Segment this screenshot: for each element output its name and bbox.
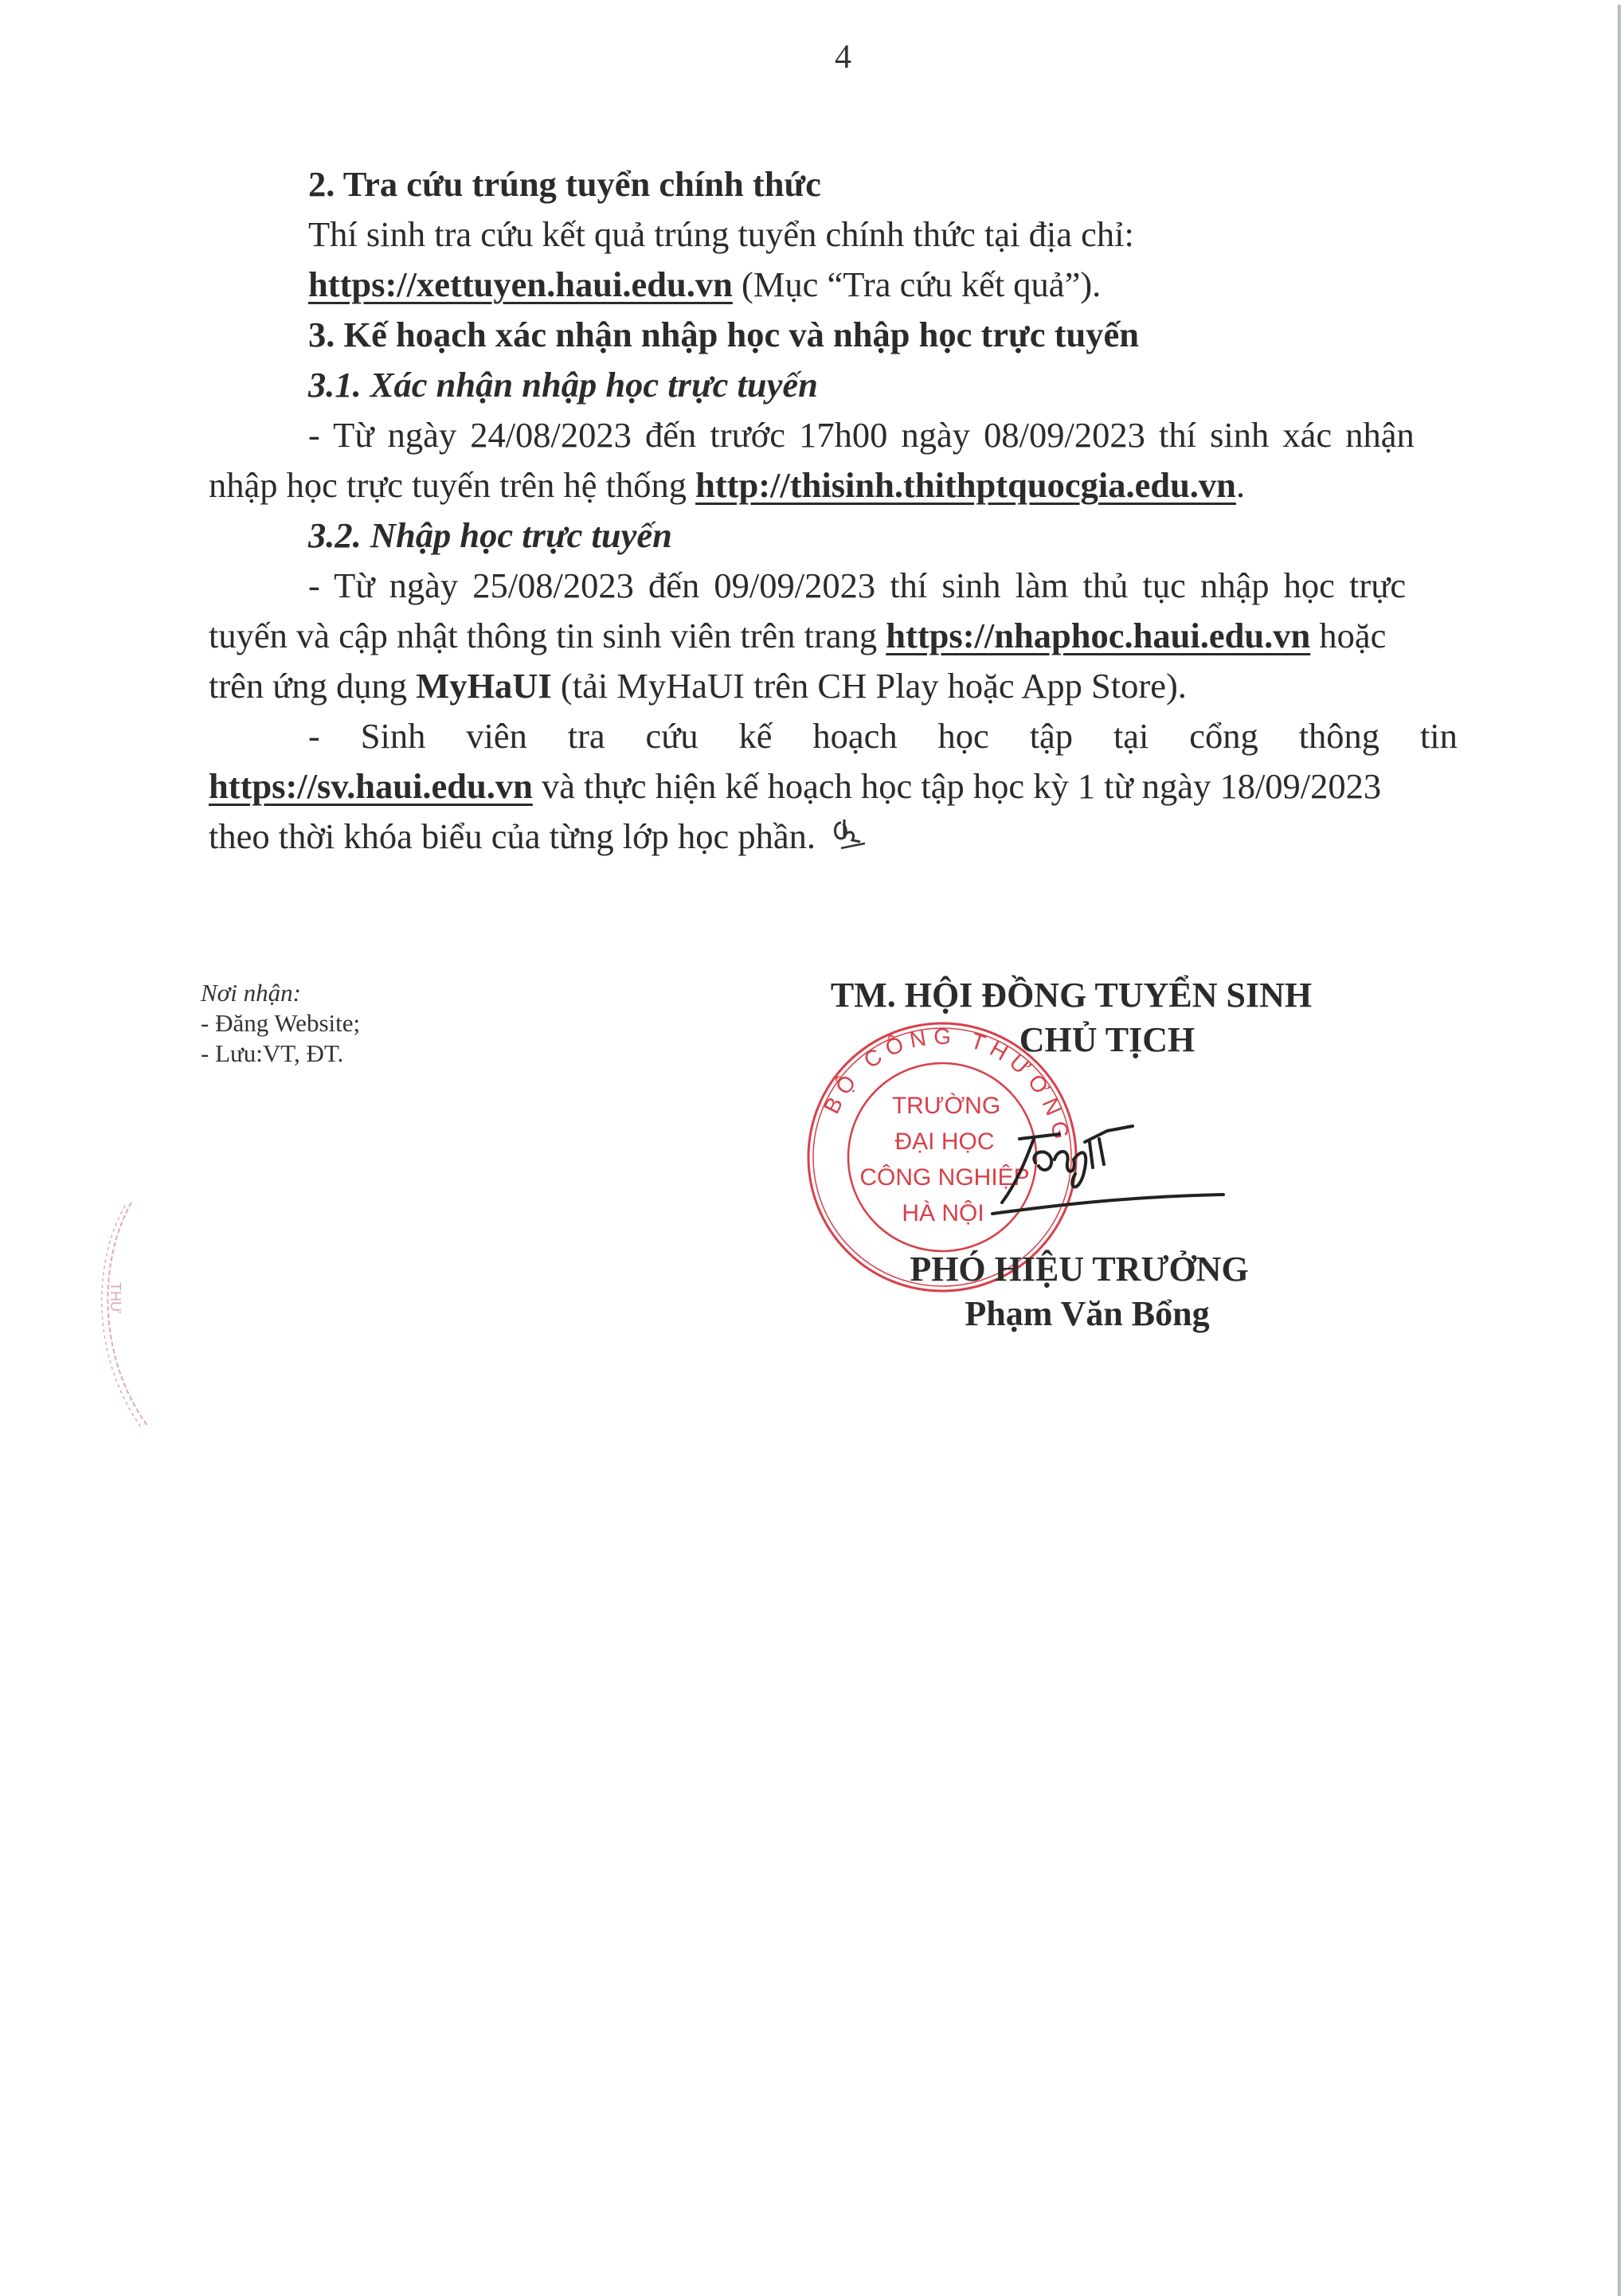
section-2-heading: 2. Tra cứu trúng tuyển chính thức (209, 159, 1458, 209)
section-3-2-p2-line-1: -Sinhviêntracứukếhoạchhọctậptạicổngthông… (209, 711, 1458, 761)
word: kế (739, 711, 773, 761)
word: - (308, 711, 320, 761)
section-3-2-p1-line-2: tuyến và cập nhật thông tin sinh viên tr… (209, 611, 1458, 661)
section-3-1-heading: 3.1. Xác nhận nhập học trực tuyến (209, 360, 1458, 410)
section-2-link-line: https://xettuyen.haui.edu.vn (Mục “Tra c… (209, 260, 1458, 310)
word: cổng (1189, 711, 1258, 761)
section-3-1-line-1: - Từ ngày 24/08/2023 đến trước 17h00 ngà… (209, 410, 1458, 460)
section-3-2-p1-text-3b: (tải MyHaUI trên CH Play hoặc App Store)… (552, 666, 1187, 706)
section-3-2-p2-line-2: https://sv.haui.edu.vn và thực hiện kế h… (209, 761, 1458, 812)
word: tại (1113, 711, 1149, 761)
section-3-2-p1-text-3: trên ứng dụng (209, 666, 416, 706)
signatory-name: Phạm Văn Bổng (761, 1292, 1366, 1336)
signature-chair: CHỦ TỊCH (761, 1018, 1366, 1062)
svg-text:THƯ: THƯ (108, 1282, 123, 1313)
section-2-link-note: (Mục “Tra cứu kết quả”). (733, 264, 1101, 304)
word: hoạch (812, 711, 897, 761)
section-3-2-p2-text-2: và thực hiện kế hoạch học tập học kỳ 1 t… (533, 766, 1381, 806)
word: học (938, 711, 989, 761)
thisinh-link[interactable]: http://thisinh.thithptquocgia.edu.vn (695, 465, 1236, 505)
section-3-2-p1-line-1: - Từ ngày 25/08/2023 đến 09/09/2023 thí … (209, 561, 1458, 611)
recipients-title: Nơi nhận: (201, 978, 360, 1008)
section-3-1-text-1: - Từ ngày 24/08/2023 đến trước 17h00 ngà… (308, 410, 1415, 460)
section-3-2-p1-text-2: tuyến và cập nhật thông tin sinh viên tr… (209, 616, 886, 655)
section-3-2-p1-text-2b: hoặc (1310, 616, 1386, 655)
scan-edge-line (1618, 5, 1621, 2296)
section-3-1-line-2: nhập học trực tuyến trên hệ thống http:/… (209, 460, 1458, 510)
recipient-item: - Đăng Website; (201, 1008, 360, 1038)
word: viên (466, 711, 527, 761)
period: . (1236, 465, 1245, 505)
section-3-2-p2-line-3: theo thời khóa biểu của từng lớp học phầ… (209, 812, 1458, 862)
word: tra (568, 711, 605, 761)
word: tập (1030, 711, 1073, 761)
myhaui-app-name: MyHaUI (416, 666, 552, 706)
nhaphoc-link[interactable]: https://nhaphoc.haui.edu.vn (886, 616, 1310, 655)
margin-stamp-fragment-icon: THƯ (76, 1195, 163, 1434)
initials-mark-icon (830, 815, 870, 851)
recipient-item: - Lưu:VT, ĐT. (201, 1038, 360, 1069)
word: tin (1420, 711, 1458, 761)
signature-council: TM. HỘI ĐỒNG TUYỂN SINH (761, 973, 1366, 1018)
word: thông (1299, 711, 1379, 761)
recipients-block: Nơi nhận: - Đăng Website; - Lưu:VT, ĐT. (201, 978, 360, 1069)
section-3-2-heading: 3.2. Nhập học trực tuyến (209, 510, 1458, 561)
section-3-2-p1-line-3: trên ứng dụng MyHaUI (tải MyHaUI trên CH… (209, 661, 1458, 711)
sv-portal-link[interactable]: https://sv.haui.edu.vn (209, 766, 533, 806)
section-3-1-text-2: nhập học trực tuyến trên hệ thống (209, 465, 695, 505)
xettuyen-link[interactable]: https://xettuyen.haui.edu.vn (308, 264, 733, 304)
section-3-heading: 3. Kế hoạch xác nhận nhập học và nhập họ… (209, 310, 1458, 360)
word: cứu (646, 711, 699, 761)
section-3-2-p2-text-3: theo thời khóa biểu của từng lớp học phầ… (209, 816, 816, 856)
section-2-intro: Thí sinh tra cứu kết quả trúng tuyển chí… (209, 209, 1458, 260)
signature-position: PHÓ HIỆU TRƯỞNG (761, 1247, 1366, 1292)
page-number: 4 (835, 38, 851, 76)
section-3-2-p1-text-1: - Từ ngày 25/08/2023 đến 09/09/2023 thí … (308, 565, 1406, 605)
document-body: 2. Tra cứu trúng tuyển chính thức Thí si… (209, 159, 1458, 862)
signature-block: TM. HỘI ĐỒNG TUYỂN SINH CHỦ TỊCH PHÓ HIỆ… (761, 973, 1366, 1336)
word: Sinh (361, 711, 426, 761)
